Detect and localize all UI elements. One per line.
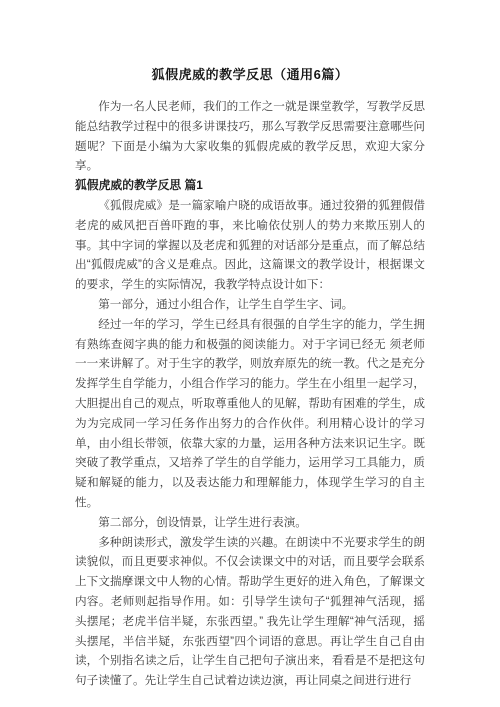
intro-paragraph: 作为一名人民老师，我们的工作之一就是课堂教学，写教学反思能总结教学过程中的很多讲… — [75, 97, 425, 176]
paragraph-part-one-body: 经过一年的学习，学生已经具有很强的自学生字的能力，学生拥有熟练查阅字典的能力和极… — [75, 315, 425, 513]
paragraph-part-one-title: 第一部分，通过小组合作，让学生自学生字、词。 — [75, 295, 425, 315]
section-heading-part1: 狐假虎威的教学反思 篇1 — [75, 176, 425, 196]
paragraph-overview: 《狐假虎威》是一篇家喻户晓的成语故事。通过狡猾的狐狸假借老虎的威风把百兽吓跑的事… — [75, 196, 425, 295]
paragraph-part-two-body: 多种朗读形式，激发学生读的兴趣。在朗读中不光要求学生的朗读貌似，而且更要求神似。… — [75, 533, 425, 691]
document-title: 狐假虎威的教学反思（通用6篇） — [75, 64, 425, 85]
paragraph-part-two-title: 第二部分，创设情景，让学生进行表演。 — [75, 513, 425, 533]
document-page: 狐假虎威的教学反思（通用6篇） 作为一名人民老师，我们的工作之一就是课堂教学，写… — [0, 0, 500, 707]
